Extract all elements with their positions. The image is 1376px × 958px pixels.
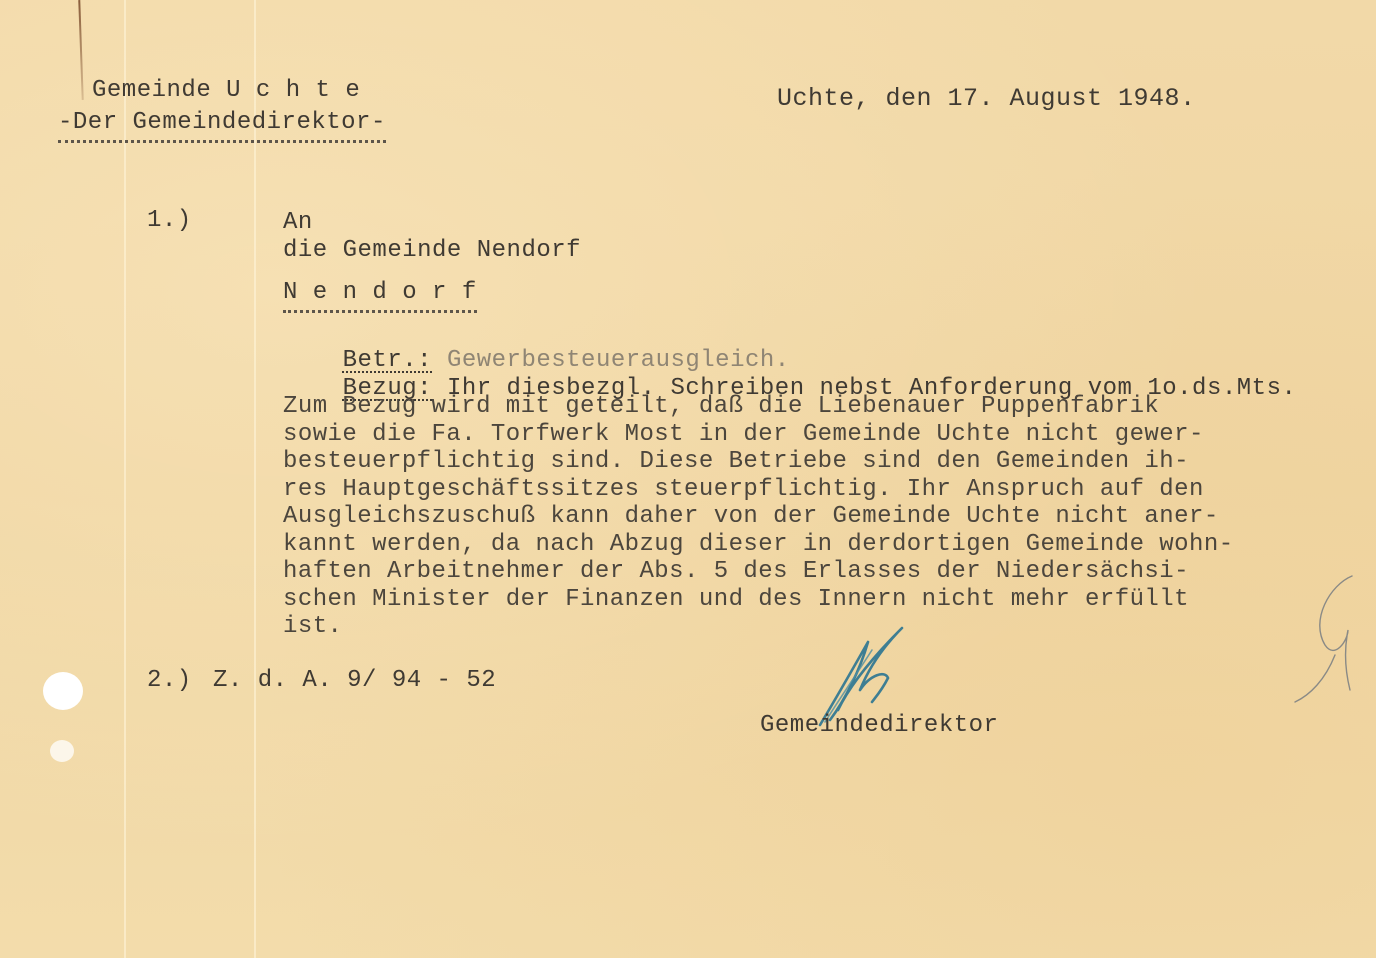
body-line: ist. (283, 613, 342, 640)
file-reference: Z. d. A. 9/ 94 - 52 (213, 668, 496, 694)
item-2-number: 2.) (147, 668, 192, 694)
punch-hole (43, 672, 83, 710)
paper-fold-line (254, 0, 256, 958)
recipient-city: N e n d o r f (283, 280, 477, 313)
sender-title: -Der Gemeindedirektor- (58, 110, 386, 143)
sender-name: Gemeinde U c h t e (92, 78, 360, 104)
body-line: res Hauptgeschäftssitzes steuerpflichtig… (283, 476, 1204, 503)
body-line: Ausgleichszuschuß kann daher von der Gem… (283, 503, 1219, 530)
recipient-line-2: die Gemeinde Nendorf (283, 238, 581, 264)
body-line: sowie die Fa. Torfwerk Most in der Gemei… (283, 421, 1204, 448)
body-line: Zum Bezug wird mit geteilt, daß die Lieb… (283, 393, 1159, 420)
body-line: besteuerpflichtig sind. Diese Betriebe s… (283, 448, 1189, 475)
paper-edge-crease (78, 0, 83, 100)
item-1-number: 1.) (147, 208, 192, 234)
letter-page: Gemeinde U c h t e -Der Gemeindedirektor… (0, 0, 1376, 958)
dateline: Uchte, den 17. August 1948. (777, 86, 1196, 112)
pencil-initial-icon (1290, 570, 1376, 710)
signatory-title: Gemeindedirektor (760, 713, 998, 739)
body-line: kannt werden, da nach Abzug dieser in de… (283, 531, 1234, 558)
recipient-line-1: An (283, 210, 313, 236)
body-line: schen Minister der Finanzen und des Inne… (283, 586, 1189, 613)
body-line: haften Arbeitnehmer der Abs. 5 des Erlas… (283, 558, 1189, 585)
paper-fold-line (124, 0, 126, 958)
punch-hole-partial (50, 740, 74, 762)
